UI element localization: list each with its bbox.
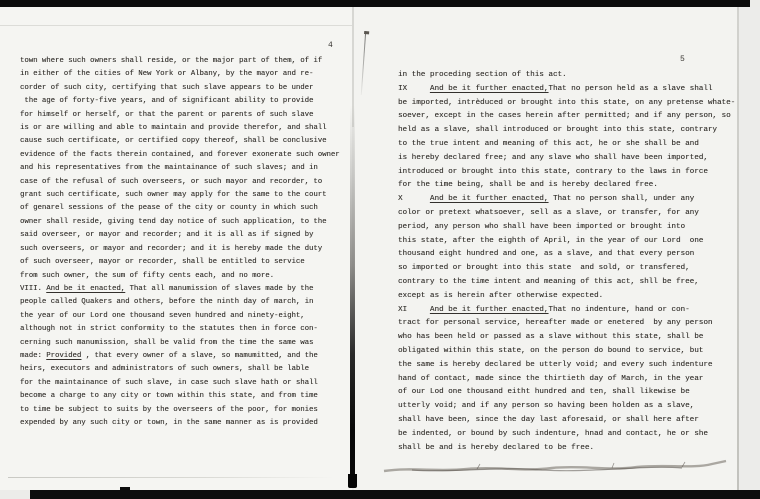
- film-edge-bottom: [30, 490, 760, 499]
- text-line: made: Provided , that every owner of a s…: [20, 350, 340, 363]
- text-line: the year of our Lord one thousand seven …: [20, 310, 340, 323]
- text-line: who has been held or passed as a slave w…: [398, 331, 735, 345]
- text-line: in either of the cities of New York or A…: [20, 68, 340, 81]
- text-line: heirs, executors and administrators of s…: [20, 363, 340, 376]
- text-line: contrary to the time intent and meaning …: [398, 276, 735, 290]
- text-line: obligated within this state, on the pers…: [398, 345, 735, 359]
- text-line: utterly void; and if any person so havin…: [398, 400, 735, 414]
- text-line: period, any person who shall have been i…: [398, 221, 735, 235]
- text-line: held as a slave, shall introduced or bro…: [398, 124, 735, 138]
- text-line: grant such certificate, such owner may a…: [20, 189, 340, 202]
- text-line: except as is herein after otherwise expe…: [398, 290, 735, 304]
- text-line: owner shall reside, giving tend day noti…: [20, 216, 340, 229]
- text-line: expended by any such city or town, in th…: [20, 417, 340, 430]
- page-right-edge-shadow: [737, 7, 739, 490]
- text-line: cerning such manumission, shall be valid…: [20, 337, 340, 350]
- text-line: shall have been, since the day last afor…: [398, 414, 735, 428]
- page-right: 5 in the proceding section of this act.I…: [354, 7, 738, 490]
- underlined-phrase: And be it further enacted,: [430, 306, 548, 314]
- text-line: introduced or brought into this state, c…: [398, 166, 735, 180]
- text-line: tract for personal service, hereafter ma…: [398, 317, 735, 331]
- text-line: is hereby declared free; and any slave w…: [398, 152, 735, 166]
- text-line: said overseer, or mayor and recorder; an…: [20, 229, 340, 242]
- text-line: be indented, or bound by such indenture,…: [398, 428, 735, 442]
- film-edge-top: [0, 0, 750, 7]
- page-left-bottom-rule: [8, 477, 334, 478]
- underlined-phrase: Provided: [46, 352, 81, 360]
- page-left-text: town where such owners shall reside, or …: [20, 55, 340, 430]
- text-line: people called Quakers and others, before…: [20, 296, 340, 309]
- text-line: this state, after the eighth of April, i…: [398, 235, 735, 249]
- text-line: is or are willing and able to maintain a…: [20, 122, 340, 135]
- page-number-right: 5: [680, 55, 685, 64]
- text-line: X And be it further enacted, That no per…: [398, 193, 735, 207]
- text-line: shall be and is hereby declared to be fr…: [398, 442, 735, 456]
- text-line: although not in strict conformity to the…: [20, 323, 340, 336]
- page-right-text: in the proceding section of this act.IX …: [398, 69, 735, 455]
- text-line: soever, except in the cases herein after…: [398, 110, 735, 124]
- crease-smudge: [382, 457, 728, 477]
- text-line: XI And be it further enacted,That no ind…: [398, 304, 735, 318]
- text-line: of genarel sessions of the pease of the …: [20, 202, 340, 215]
- text-line: town where such owners shall reside, or …: [20, 55, 340, 68]
- text-line: color or pretext whatsoever, sell as a s…: [398, 207, 735, 221]
- text-line: be imported, intrèduced or brought into …: [398, 97, 735, 111]
- text-line: cause such certificate, or certified cop…: [20, 135, 340, 148]
- text-line: from such owner, the sum of fifty cents …: [20, 270, 340, 283]
- underlined-phrase: And be it enacted,: [46, 285, 125, 293]
- text-line: of such overseer, mayor or recorder, sha…: [20, 256, 340, 269]
- text-line: of our Lod one thousand eitht hundred an…: [398, 386, 735, 400]
- text-line: and his representatives from the maintai…: [20, 162, 340, 175]
- text-line: corder of such city, certifying that suc…: [20, 82, 340, 95]
- page-left-top-edge-line: [0, 25, 352, 26]
- page-left: 4 town where such owners shall reside, o…: [0, 7, 352, 490]
- text-line: the age of forty-five years, and of sign…: [20, 95, 340, 108]
- underlined-phrase: And be it further enacted,: [430, 195, 548, 203]
- text-line: for the time being, shall be and is here…: [398, 179, 735, 193]
- text-line: case of the refusal of such overseers, o…: [20, 176, 340, 189]
- text-line: for the maintainance of such slave, in c…: [20, 377, 340, 390]
- text-line: the same is hereby declared be utterly v…: [398, 359, 735, 373]
- text-line: evidence of the facts therein contained,…: [20, 149, 340, 162]
- text-line: so imported or brought into this state a…: [398, 262, 735, 276]
- text-line: such overseers, or mayor and recorder; a…: [20, 243, 340, 256]
- scan-margin-right: [739, 7, 760, 490]
- page-number-left: 4: [328, 41, 333, 50]
- text-line: become a charge to any city or town with…: [20, 390, 340, 403]
- text-line: hand of contact, made since the thirtiet…: [398, 373, 735, 387]
- page-gap-shadow: [350, 105, 355, 488]
- text-line: VIII. And be it enacted, That all manumi…: [20, 283, 340, 296]
- document-scan: 4 town where such owners shall reside, o…: [0, 0, 760, 499]
- text-line: for himself or herself, or that the pare…: [20, 109, 340, 122]
- text-line: to time be subject to suits by the overs…: [20, 404, 340, 417]
- underlined-phrase: And be it further enacted,: [430, 85, 548, 93]
- text-line: IX And be it further enacted,That no per…: [398, 83, 735, 97]
- text-line: to the true intent and meaning of this a…: [398, 138, 735, 152]
- text-line: in the proceding section of this act.: [398, 69, 735, 83]
- text-line: thousand eight hundred and one, as a sla…: [398, 248, 735, 262]
